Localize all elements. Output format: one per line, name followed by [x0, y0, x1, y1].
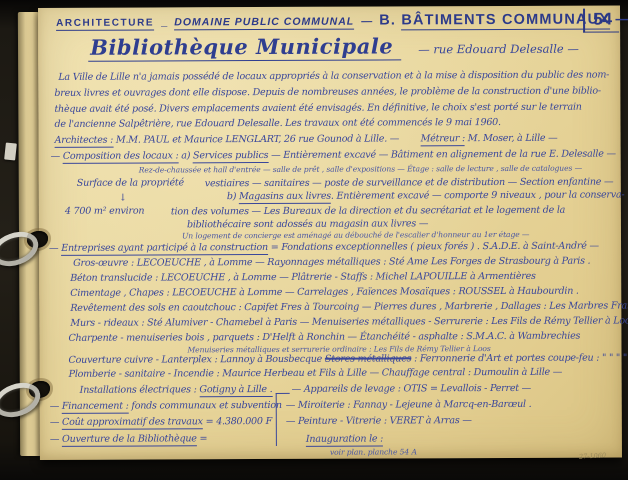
text-segment: thèque avait été posé. Divers emplacemen… — [54, 102, 581, 115]
text-segment: ↓ — [119, 193, 127, 204]
underlined-text: Services publics — [193, 150, 268, 163]
text-line: Cimentage , Chapes : LECOEUCHE à Lomme —… — [70, 286, 579, 299]
text-segment: — — [50, 434, 62, 445]
text-segment: Surface de la propriété — [77, 177, 184, 188]
underlined-text: Composition des locaux : — [63, 150, 179, 163]
hand-drawn-bracket — [276, 393, 290, 446]
text-line: Architectes : M.M. PAUL et Maurice LENGL… — [55, 133, 400, 146]
text-line: Métreur : M. Moser, à Lille — — [421, 133, 558, 145]
underlined-text: Entreprises ayant participé à la constru… — [61, 242, 268, 255]
text-line: bibliothécaire sont adossés au magasin a… — [187, 218, 428, 230]
text-line: — Miroiterie : Fannay - Lejeune à Marcq-… — [286, 399, 532, 411]
text-segment: . Entièrement excavé — comporte 9 niveau… — [331, 189, 625, 201]
text-segment: — Miroiterie : Fannay - Lejeune à Marcq-… — [286, 399, 532, 411]
text-line: Rez-de-chaussée et hall d'entrée — salle… — [139, 164, 582, 175]
text-line: — Composition des locaux : a) Services p… — [51, 148, 616, 161]
text-line: — Entreprises ayant participé à la const… — [49, 241, 599, 254]
text-segment: voir plan. planche 54 A — [330, 447, 417, 456]
text-segment: — Appareils de levage : OTIS = Levallois… — [292, 383, 531, 395]
text-segment: Murs - rideaux : Sté Alumiver - Chamebel… — [70, 315, 628, 328]
text-segment: a) — [178, 150, 193, 161]
text-line: Gros-œuvre : LECOEUCHE , à Lomme — Rayon… — [73, 256, 590, 269]
text-line: Béton translucide : LECOEUCHE , à Lomme … — [70, 271, 536, 284]
text-line: La Ville de Lille n'a jamais possédé de … — [58, 70, 609, 83]
text-line: Revêtement des sols en caoutchouc : Capi… — [70, 300, 628, 314]
text-line: Charpente - menuiseries bois , parquets … — [68, 331, 580, 344]
text-segment: — Entièrement excavé — Bâtiment en align… — [268, 148, 616, 161]
text-segment: breux livres et ouvrages dont elle dispo… — [54, 86, 601, 99]
text-segment: = 4.380.000 F — [203, 416, 272, 427]
text-segment: Charpente - menuiseries bois , parquets … — [68, 331, 580, 344]
pencil-corner-note: 27-1060 — [579, 451, 606, 460]
text-line: 4 700 m² environ — [65, 206, 144, 217]
text-segment: M.M. PAUL et Maurice LENGLART, 26 rue Go… — [113, 133, 399, 145]
text-segment: La Ville de Lille n'a jamais possédé de … — [58, 70, 609, 83]
text-segment: Revêtement des sols en caoutchouc : Capi… — [70, 300, 628, 314]
text-segment: M. Moser, à Lille — — [465, 133, 558, 144]
text-segment: 4 700 m² environ — [65, 206, 144, 217]
text-segment: — — [50, 417, 62, 428]
text-line: — Appareils de levage : OTIS = Levallois… — [292, 383, 531, 395]
text-segment: Couverture cuivre - Lanterplex : Lannoy … — [69, 354, 325, 366]
text-line: vestiaires — sanitaires — poste de surve… — [205, 176, 614, 189]
text-segment: — — [49, 243, 61, 254]
binder-tab — [4, 142, 17, 160]
index-card: ARCHITECTURE _ DOMAINE PUBLIC COMMUNAL —… — [38, 5, 622, 460]
text-line: voir plan. planche 54 A — [330, 447, 417, 456]
text-line: Un logement de concierge est aménagé au … — [182, 230, 529, 241]
text-line: Murs - rideaux : Sté Alumiver - Chamebel… — [70, 315, 628, 328]
struck-text: Stores métalliques — [325, 353, 411, 364]
text-line: thèque avait été posé. Divers emplacemen… — [54, 102, 581, 115]
text-line: Installations électriques : Gotigny à Li… — [80, 384, 273, 396]
text-line: ↓ — [119, 193, 127, 204]
text-segment: Gros-œuvre : LECOEUCHE , à Lomme — Rayon… — [73, 256, 590, 269]
text-segment: fonds communaux et subvention — [129, 400, 282, 412]
text-segment: = Fondations exceptionnelles ( pieux for… — [268, 241, 599, 253]
text-segment: Rez-de-chaussée et hall d'entrée — salle… — [139, 164, 582, 175]
text-segment: — — [51, 151, 63, 162]
underlined-text: Inauguration le : — [306, 433, 383, 446]
text-segment: bibliothécaire sont adossés au magasin a… — [187, 218, 428, 230]
scanned-binder-page: ARCHITECTURE _ DOMAINE PUBLIC COMMUNAL —… — [0, 0, 628, 480]
underlined-text: Magasins aux livres — [239, 191, 331, 204]
text-line: b) Magasins aux livres. Entièrement exca… — [227, 189, 625, 202]
text-segment: Béton translucide : LECOEUCHE , à Lomme … — [70, 271, 536, 284]
text-segment: — — [50, 401, 62, 412]
text-line: — Coût approximatif des travaux = 4.380.… — [50, 416, 272, 428]
document-lines: La Ville de Lille n'a jamais possédé de … — [38, 5, 622, 460]
underlined-text: Architectes : — [55, 135, 114, 148]
text-segment: Installations électriques : — [80, 384, 200, 396]
text-segment: tion des volumes — Les Bureaux de la dir… — [171, 205, 565, 218]
text-line: Surface de la propriété — [77, 177, 184, 188]
underlined-text: Ouverture de la Bibliothèque — [62, 433, 197, 446]
text-line: de l'ancienne Salpêtrière, rue Edouard D… — [54, 117, 500, 130]
text-segment: Cimentage , Chapes : LECOEUCHE à Lomme —… — [70, 286, 579, 299]
text-segment: : Ferronnerie d'Art et portes coupe-feu … — [411, 352, 627, 364]
text-segment: b) — [227, 191, 239, 202]
text-line: tion des volumes — Les Bureaux de la dir… — [171, 205, 565, 218]
text-line: Couverture cuivre - Lanterplex : Lannoy … — [69, 352, 628, 365]
text-line: — Peinture - Vitrerie : VERET à Arras — — [286, 415, 472, 427]
underlined-text: Gotigny à Lille . — [199, 384, 272, 397]
text-line: Plomberie - sanitaire - Incendie : Mauri… — [69, 367, 563, 380]
text-line: — Financement : fonds communaux et subve… — [50, 400, 282, 412]
text-segment: vestiaires — sanitaires — poste de surve… — [205, 176, 614, 189]
underlined-text: Coût approximatif des travaux — [62, 416, 203, 429]
text-segment: de l'ancienne Salpêtrière, rue Edouard D… — [54, 117, 500, 130]
underlined-text: Financement : — [62, 401, 129, 414]
text-segment: Plomberie - sanitaire - Incendie : Mauri… — [69, 367, 563, 380]
underlined-text: Métreur : — [421, 133, 465, 146]
text-line: Inauguration le : — [306, 433, 383, 444]
text-segment: — Peinture - Vitrerie : VERET à Arras — — [286, 415, 472, 427]
text-segment: = — [197, 433, 208, 444]
text-line: — Ouverture de la Bibliothèque = — [50, 433, 207, 445]
text-line: breux livres et ouvrages dont elle dispo… — [54, 86, 601, 99]
text-segment: Un logement de concierge est aménagé au … — [182, 230, 529, 241]
